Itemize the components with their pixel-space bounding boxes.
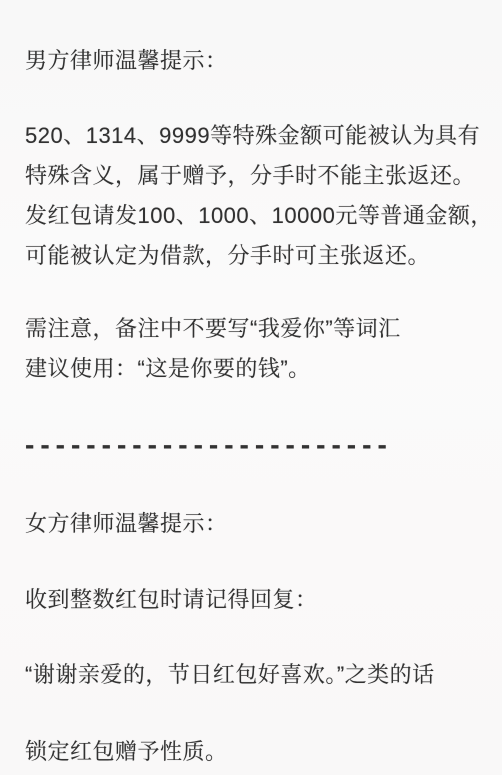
advice-line-2: 特殊含义，属于赠予，分手时不能主张返还。 [25, 156, 482, 196]
note-line-1: 需注意，备注中不要写“我爱你”等词汇 [25, 309, 482, 349]
female-reply-example-line: “谢谢亲爱的，节日红包好喜欢。”之类的话 [25, 655, 482, 695]
advice-line-1: 520、1314、9999等特殊金额可能被认为具有 [25, 116, 482, 156]
text-screenshot-page: 男方律师温馨提示： 520、1314、9999等特殊金额可能被认为具有 特殊含义… [0, 0, 502, 775]
female-reply-reminder-line: 收到整数红包时请记得回复： [25, 580, 482, 620]
advice-line-4: 可能被认定为借款，分手时可主张返还。 [25, 236, 482, 276]
male-lawyer-section-title: 男方律师温馨提示： [25, 41, 482, 81]
male-lawyer-note-paragraph: 需注意，备注中不要写“我爱你”等词汇 建议使用：“这是你要的钱”。 [25, 309, 482, 389]
dashed-divider: ------------------------ [25, 425, 415, 465]
advice-line-3: 发红包请发100、1000、10000元等普通金额， [25, 196, 482, 236]
note-line-2: 建议使用：“这是你要的钱”。 [25, 349, 482, 389]
female-lawyer-section-title: 女方律师温馨提示： [25, 504, 482, 544]
female-lock-gift-line: 锁定红包赠予性质。 [25, 732, 482, 772]
male-lawyer-advice-paragraph: 520、1314、9999等特殊金额可能被认为具有 特殊含义，属于赠予，分手时不… [25, 116, 482, 276]
